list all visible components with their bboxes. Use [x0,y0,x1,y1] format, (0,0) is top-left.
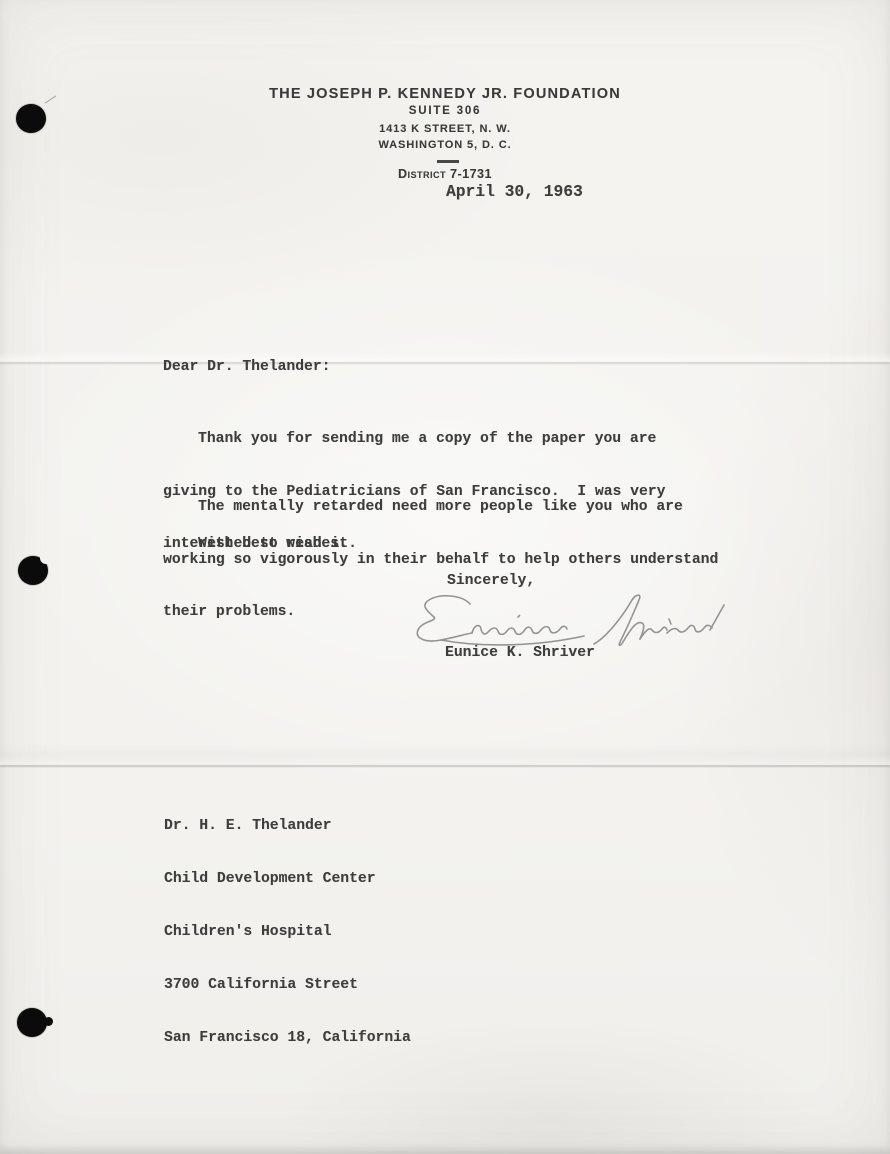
fold-crease-bottom-smudge [0,744,890,764]
scan-edge-smudge [0,1145,890,1154]
paragraph-3: With best wishes. [163,536,348,554]
address-line: Child Development Center [164,870,411,888]
fold-crease-top-line [0,362,890,364]
body-line: working so vigorously in their behalf to… [163,552,718,570]
fold-crease-top [0,352,890,362]
letterhead-divider [0,160,890,163]
letterhead-city: WASHINGTON 5, D. C. [0,139,890,151]
address-line: Children's Hospital [164,923,411,941]
body-line: The mentally retarded need more people l… [163,499,718,517]
body-line: Thank you for sending me a copy of the p… [163,431,665,449]
address-line: 3700 California Street [164,976,411,994]
scanned-letter-page: THE JOSEPH P. KENNEDY JR. FOUNDATION SUI… [0,0,890,1154]
punch-hole-bump [44,1017,53,1026]
salutation: Dear Dr. Thelander: [163,359,330,377]
closing: Sincerely, [447,573,535,591]
recipient-address: Dr. H. E. Thelander Child Development Ce… [164,782,411,1082]
letterhead-organization: THE JOSEPH P. KENNEDY JR. FOUNDATION [0,86,890,102]
typed-signature-name: Eunice K. Shriver [445,645,595,663]
letterhead-suite: SUITE 306 [0,105,890,117]
fold-crease-bottom-line [0,765,890,767]
letterhead-street: 1413 K STREET, N. W. [0,123,890,135]
handwritten-signature [414,592,726,650]
punch-hole-bottom [17,1008,47,1037]
punch-hole-middle [18,556,48,585]
letterhead-phone: District 7-1731 [0,167,890,181]
address-line: San Francisco 18, California [164,1029,411,1047]
letter-date: April 30, 1963 [446,182,583,202]
fold-crease-bottom [0,754,890,765]
address-line: Dr. H. E. Thelander [164,817,411,835]
punch-hole-notch [40,552,52,564]
